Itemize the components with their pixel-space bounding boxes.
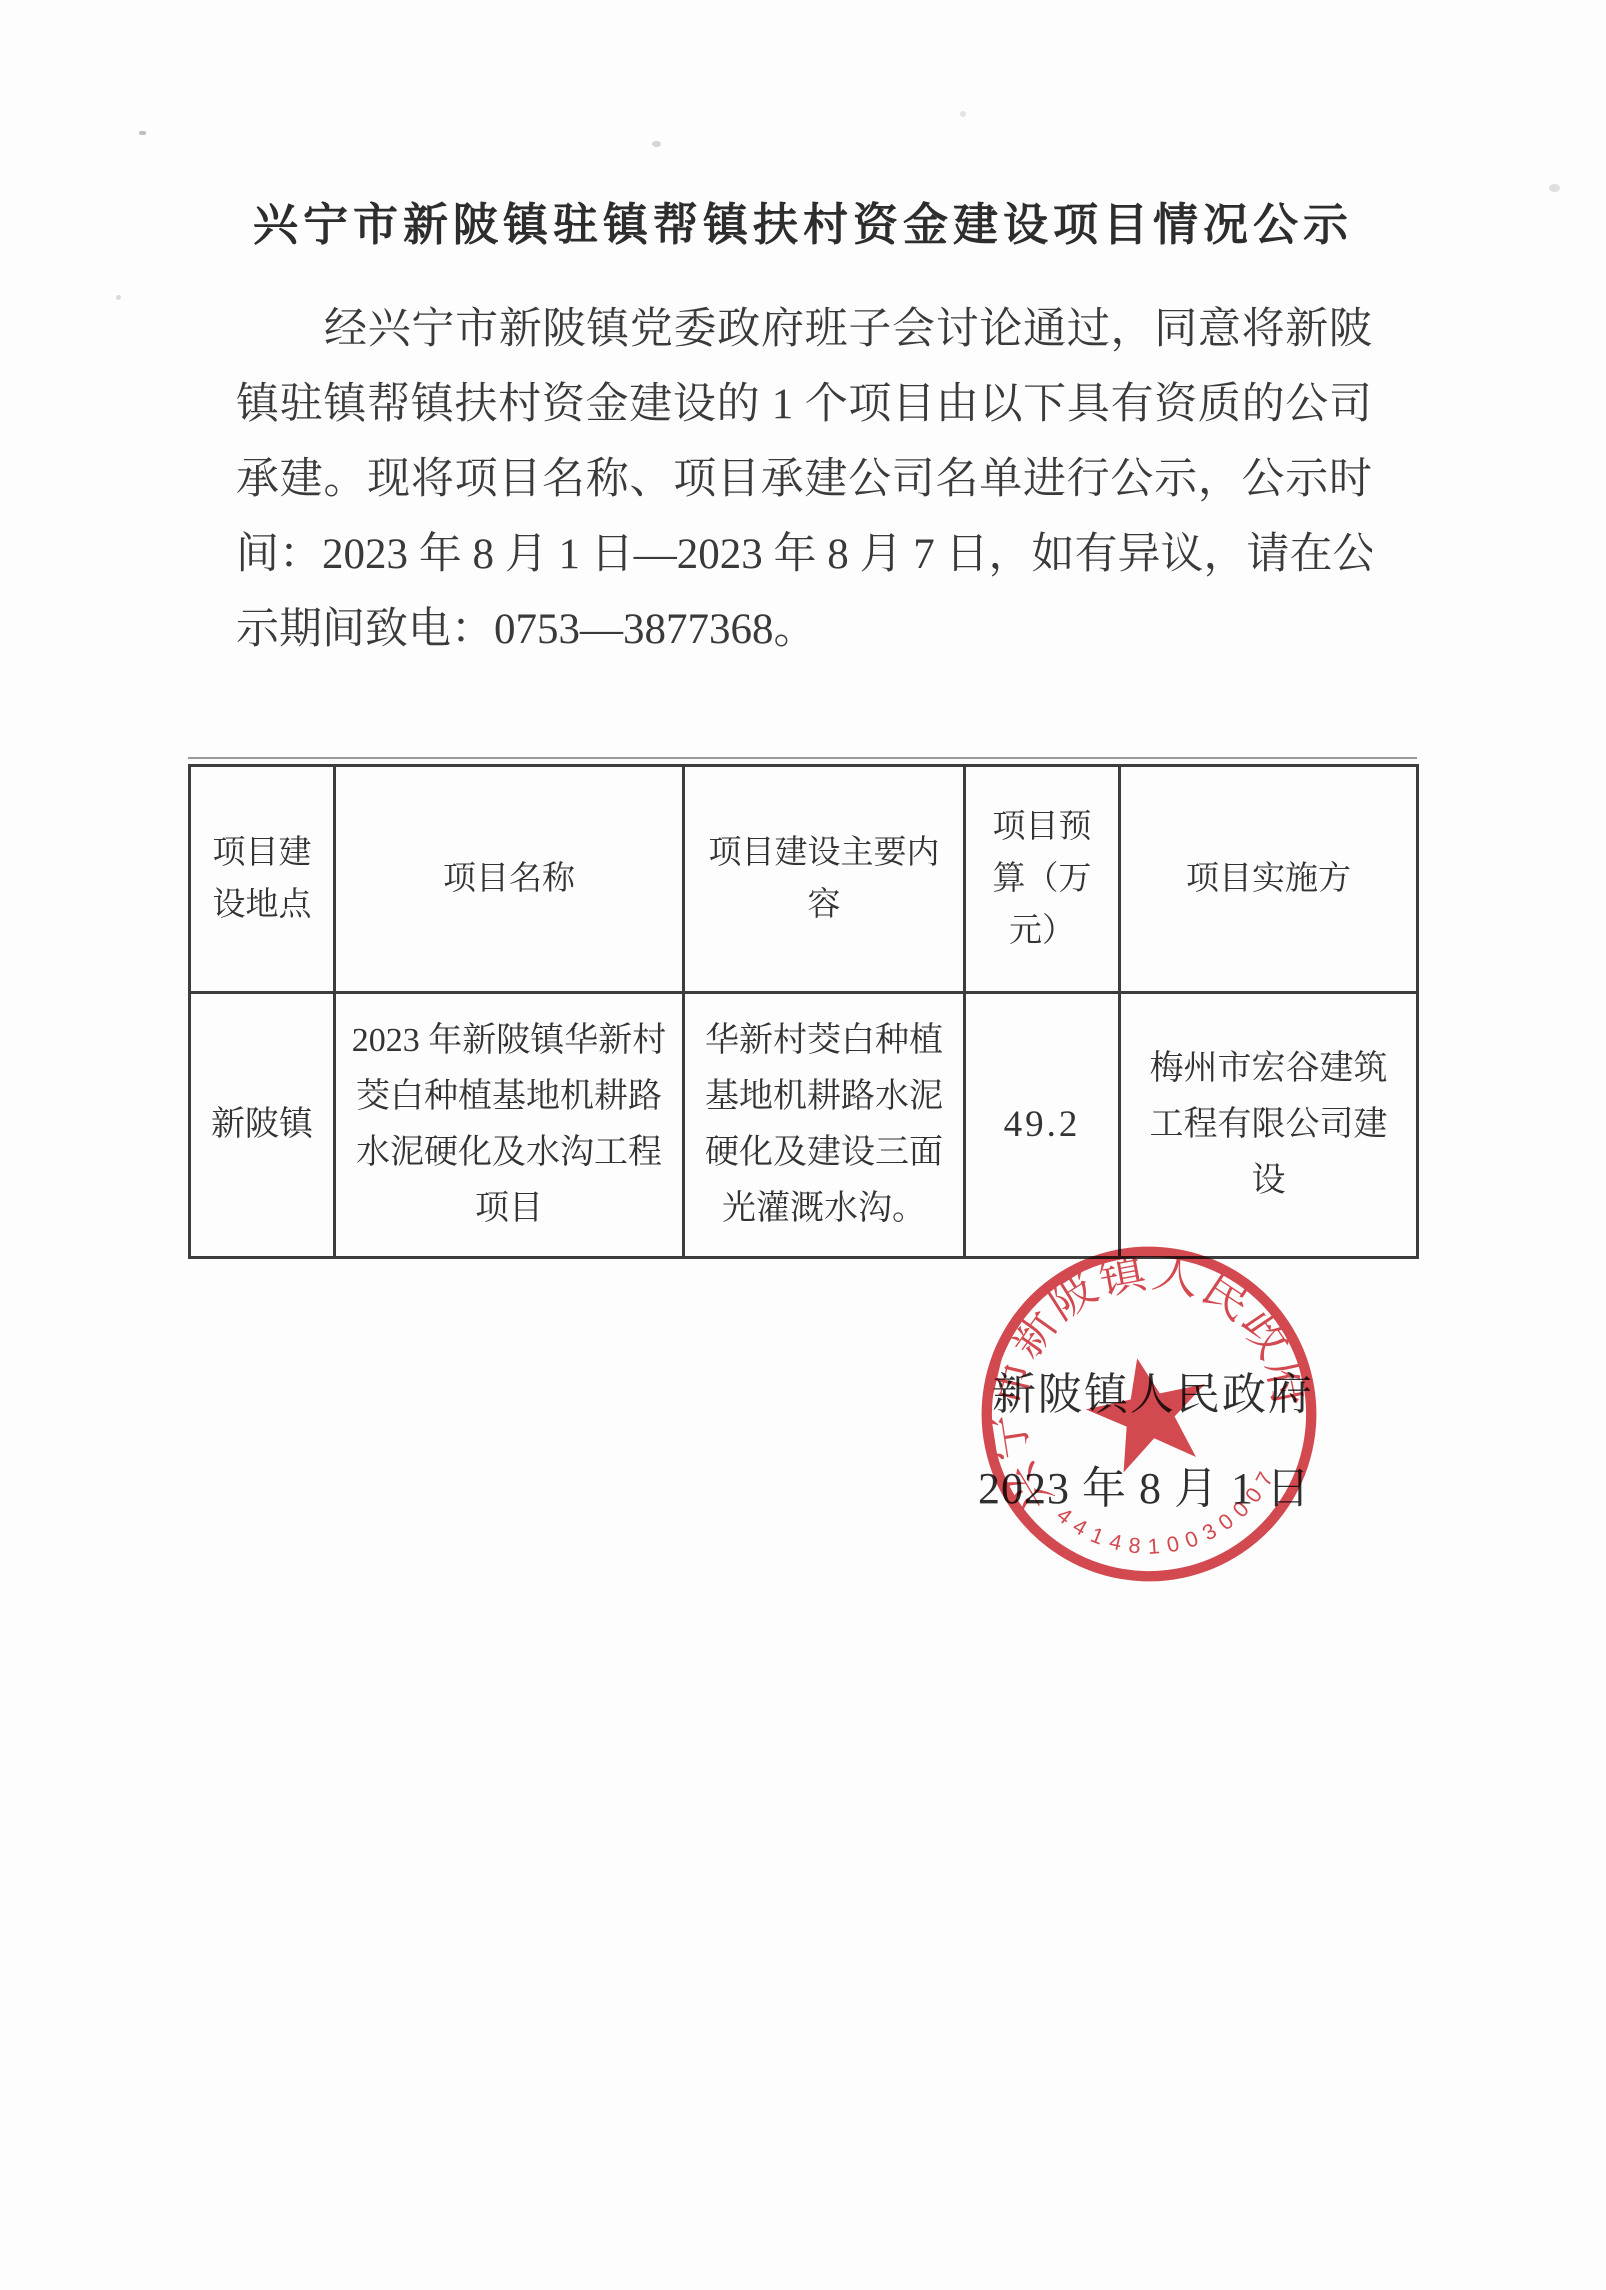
scan-speck [1549, 184, 1560, 192]
cell-project-implementer: 梅州市宏谷建筑工程有限公司建设 [1120, 993, 1418, 1258]
header-project-implementer: 项目实施方 [1120, 766, 1418, 993]
table-top-scan-line [188, 757, 1417, 759]
cell-project-name: 2023 年新陂镇华新村茭白种植基地机耕路水泥硬化及水沟工程项目 [335, 993, 684, 1258]
table-row: 新陂镇 2023 年新陂镇华新村茭白种植基地机耕路水泥硬化及水沟工程项目 华新村… [190, 993, 1418, 1258]
document-page: 兴宁市新陂镇驻镇帮镇扶村资金建设项目情况公示 经兴宁市新陂镇党委政府班子会讨论通… [0, 0, 1606, 2290]
paragraph-line: 承建。现将项目名称、项目承建公司名单进行公示，公示时 [236, 442, 1372, 517]
header-project-budget: 项目预算（万元） [965, 766, 1120, 993]
official-seal: 兴宁市新陂镇人民政府 4414810030007 [963, 1228, 1335, 1600]
seal-star-icon [1078, 1346, 1220, 1478]
cell-project-location: 新陂镇 [190, 993, 335, 1258]
table-header-row: 项目建设地点 项目名称 项目建设主要内容 项目预算（万元） 项目实施方 [190, 766, 1418, 993]
header-project-name: 项目名称 [335, 766, 684, 993]
cell-project-content: 华新村茭白种植基地机耕路水泥硬化及建设三面光灌溉水沟。 [684, 993, 965, 1258]
scan-speck [652, 141, 661, 147]
header-project-location: 项目建设地点 [190, 766, 335, 993]
paragraph-line: 示期间致电：0753—3877368。 [236, 592, 1372, 667]
paragraph-line: 间：2023 年 8 月 1 日—2023 年 8 月 7 日，如有异议，请在公 [236, 517, 1372, 592]
paragraph-line: 经兴宁市新陂镇党委政府班子会讨论通过，同意将新陂 [236, 292, 1372, 367]
paragraph-line: 镇驻镇帮镇扶村资金建设的 1 个项目由以下具有资质的公司 [236, 367, 1372, 442]
scan-speck [139, 131, 146, 135]
document-title: 兴宁市新陂镇驻镇帮镇扶村资金建设项目情况公示 [0, 188, 1606, 253]
cell-project-budget: 49.2 [965, 993, 1120, 1258]
header-project-content: 项目建设主要内容 [684, 766, 965, 993]
body-paragraph: 经兴宁市新陂镇党委政府班子会讨论通过，同意将新陂 镇驻镇帮镇扶村资金建设的 1 … [236, 292, 1372, 667]
scan-speck [116, 295, 121, 300]
scan-speck [960, 111, 966, 117]
projects-table: 项目建设地点 项目名称 项目建设主要内容 项目预算（万元） 项目实施方 新陂镇 … [188, 764, 1419, 1259]
